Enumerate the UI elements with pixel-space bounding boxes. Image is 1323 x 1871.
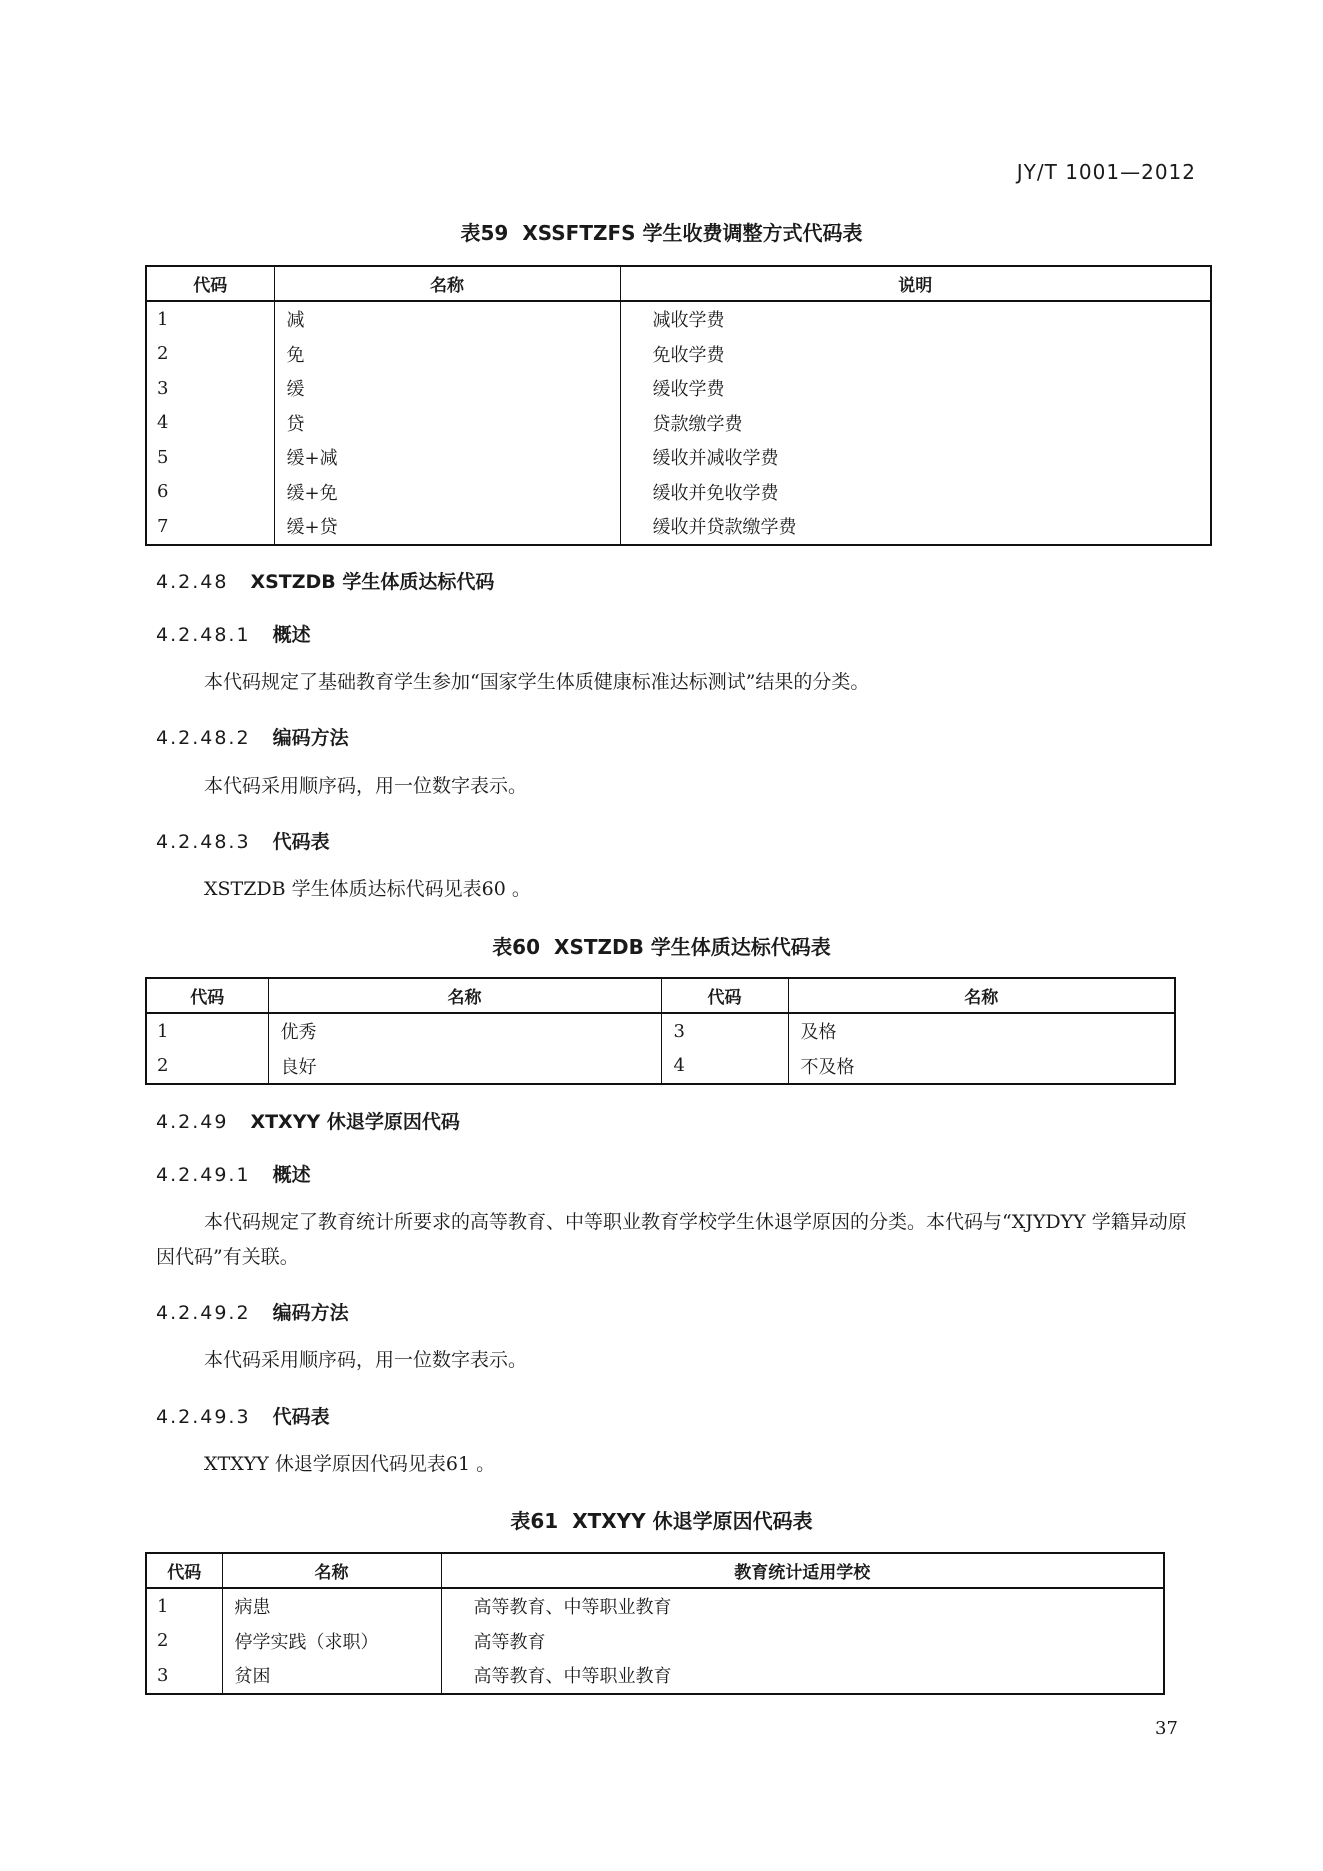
table61-caption-text: XTXYY 休退学原因代码表 <box>572 1509 812 1533</box>
cell-name: 良好 <box>268 1049 661 1085</box>
paragraph-4-2-48-1: 本代码规定了基础教育学生参加“国家学生体质健康标准达标测试”结果的分类。 <box>156 665 1201 700</box>
table-row: 4贷贷款缴学费 <box>146 406 1211 441</box>
table60-caption: 表60XSTZDB 学生体质达标代码表 <box>0 931 1323 960</box>
table59-caption-number: 表59 <box>460 221 508 245</box>
cell-name: 缓+减 <box>274 440 620 475</box>
cell-description: 减收学费 <box>620 301 1211 337</box>
section-number: 4.2.48.1 <box>156 624 251 646</box>
table-row: 1减减收学费 <box>146 301 1211 337</box>
cell-name: 贷 <box>274 406 620 441</box>
col-header-code: 代码 <box>146 978 268 1013</box>
cell-code: 3 <box>146 371 274 406</box>
cell-name: 不及格 <box>788 1049 1175 1085</box>
table-row: 3贫困高等教育、中等职业教育 <box>146 1658 1164 1694</box>
cell-description: 缓收并免收学费 <box>620 475 1211 510</box>
table-row: 2良好4不及格 <box>146 1049 1175 1085</box>
table59: 代码 名称 说明 1减减收学费 2免免收学费 3缓缓收学费 4贷贷款缴学费 5缓… <box>145 265 1212 546</box>
paragraph-4-2-48-2: 本代码采用顺序码，用一位数字表示。 <box>156 769 1201 804</box>
page-number: 37 <box>1155 1718 1178 1739</box>
section-title: 代码表 <box>273 831 330 853</box>
section-title: XSTZDB 学生体质达标代码 <box>250 571 494 593</box>
table-row: 3缓缓收学费 <box>146 371 1211 406</box>
section-heading-4-2-48-3: 4.2.48.3代码表 <box>156 827 330 854</box>
section-heading-4-2-49-2: 4.2.49.2编码方法 <box>156 1298 349 1325</box>
table-row: 1优秀3及格 <box>146 1013 1175 1049</box>
table60-header-row: 代码 名称 代码 名称 <box>146 978 1175 1013</box>
table-row: 5缓+减缓收并减收学费 <box>146 440 1211 475</box>
table-row: 6缓+免缓收并免收学费 <box>146 475 1211 510</box>
table61-caption: 表61XTXYY 休退学原因代码表 <box>0 1505 1323 1534</box>
col-header-applicable-schools: 教育统计适用学校 <box>441 1553 1164 1588</box>
paragraph-4-2-48-3: XSTZDB 学生体质达标代码见表60 。 <box>156 872 1201 907</box>
table-row: 2免免收学费 <box>146 337 1211 372</box>
cell-code: 1 <box>146 301 274 337</box>
cell-description: 缓收并减收学费 <box>620 440 1211 475</box>
table59-caption-text: XSSFTZFS 学生收费调整方式代码表 <box>522 221 862 245</box>
cell-code: 1 <box>146 1588 222 1624</box>
cell-description: 缓收学费 <box>620 371 1211 406</box>
section-number: 4.2.49.3 <box>156 1406 251 1428</box>
col-header-code: 代码 <box>146 266 274 301</box>
col-header-description: 说明 <box>620 266 1211 301</box>
cell-code: 6 <box>146 475 274 510</box>
cell-description: 免收学费 <box>620 337 1211 372</box>
section-number: 4.2.48 <box>156 571 228 593</box>
cell-code: 4 <box>661 1049 788 1085</box>
table60-caption-text: XSTZDB 学生体质达标代码表 <box>554 935 831 959</box>
cell-applicable-schools: 高等教育 <box>441 1624 1164 1659</box>
table60-caption-number: 表60 <box>492 935 540 959</box>
cell-applicable-schools: 高等教育、中等职业教育 <box>441 1588 1164 1624</box>
section-heading-4-2-48-1: 4.2.48.1概述 <box>156 620 311 647</box>
cell-name: 缓 <box>274 371 620 406</box>
col-header-name: 名称 <box>222 1553 441 1588</box>
section-heading-4-2-48-2: 4.2.48.2编码方法 <box>156 723 349 750</box>
cell-description: 贷款缴学费 <box>620 406 1211 441</box>
section-title: 编码方法 <box>273 1302 349 1324</box>
table60: 代码 名称 代码 名称 1优秀3及格 2良好4不及格 <box>145 977 1176 1085</box>
section-heading-4-2-48: 4.2.48XSTZDB 学生体质达标代码 <box>156 567 494 594</box>
standard-code: JY/T 1001—2012 <box>1017 160 1196 184</box>
cell-name: 缓+贷 <box>274 509 620 545</box>
cell-name: 病患 <box>222 1588 441 1624</box>
cell-name: 贫困 <box>222 1658 441 1694</box>
cell-code: 2 <box>146 1049 268 1085</box>
cell-applicable-schools: 高等教育、中等职业教育 <box>441 1658 1164 1694</box>
col-header-name: 名称 <box>788 978 1175 1013</box>
paragraph-4-2-49-2: 本代码采用顺序码，用一位数字表示。 <box>156 1343 1201 1378</box>
table59-header-row: 代码 名称 说明 <box>146 266 1211 301</box>
col-header-name: 名称 <box>274 266 620 301</box>
cell-code: 7 <box>146 509 274 545</box>
cell-description: 缓收并贷款缴学费 <box>620 509 1211 545</box>
cell-code: 2 <box>146 1624 222 1659</box>
cell-name: 停学实践（求职） <box>222 1624 441 1659</box>
section-title: 编码方法 <box>273 727 349 749</box>
section-number: 4.2.49.1 <box>156 1164 251 1186</box>
table-row: 7缓+贷缓收并贷款缴学费 <box>146 509 1211 545</box>
section-title: 概述 <box>273 1164 311 1186</box>
cell-code: 3 <box>146 1658 222 1694</box>
section-number: 4.2.49.2 <box>156 1302 251 1324</box>
paragraph-4-2-49-3: XTXYY 休退学原因代码见表61 。 <box>156 1447 1201 1482</box>
cell-code: 2 <box>146 337 274 372</box>
cell-code: 1 <box>146 1013 268 1049</box>
cell-name: 免 <box>274 337 620 372</box>
cell-code: 4 <box>146 406 274 441</box>
section-number: 4.2.48.2 <box>156 727 251 749</box>
table61: 代码 名称 教育统计适用学校 1病患高等教育、中等职业教育 2停学实践（求职）高… <box>145 1552 1165 1695</box>
cell-code: 3 <box>661 1013 788 1049</box>
section-heading-4-2-49: 4.2.49XTXYY 休退学原因代码 <box>156 1107 460 1134</box>
section-heading-4-2-49-1: 4.2.49.1概述 <box>156 1160 311 1187</box>
cell-name: 缓+免 <box>274 475 620 510</box>
cell-code: 5 <box>146 440 274 475</box>
section-title: 代码表 <box>273 1406 330 1428</box>
section-heading-4-2-49-3: 4.2.49.3代码表 <box>156 1402 330 1429</box>
cell-name: 减 <box>274 301 620 337</box>
col-header-code: 代码 <box>146 1553 222 1588</box>
col-header-code: 代码 <box>661 978 788 1013</box>
section-number: 4.2.48.3 <box>156 831 251 853</box>
section-number: 4.2.49 <box>156 1111 228 1133</box>
cell-name: 及格 <box>788 1013 1175 1049</box>
table-row: 2停学实践（求职）高等教育 <box>146 1624 1164 1659</box>
table61-header-row: 代码 名称 教育统计适用学校 <box>146 1553 1164 1588</box>
section-title: XTXYY 休退学原因代码 <box>250 1111 459 1133</box>
cell-name: 优秀 <box>268 1013 661 1049</box>
table59-caption: 表59XSSFTZFS 学生收费调整方式代码表 <box>0 217 1323 246</box>
col-header-name: 名称 <box>268 978 661 1013</box>
table61-caption-number: 表61 <box>510 1509 558 1533</box>
table-row: 1病患高等教育、中等职业教育 <box>146 1588 1164 1624</box>
paragraph-4-2-49-1: 本代码规定了教育统计所要求的高等教育、中等职业教育学校学生休退学原因的分类。本代… <box>156 1205 1201 1275</box>
section-title: 概述 <box>273 624 311 646</box>
